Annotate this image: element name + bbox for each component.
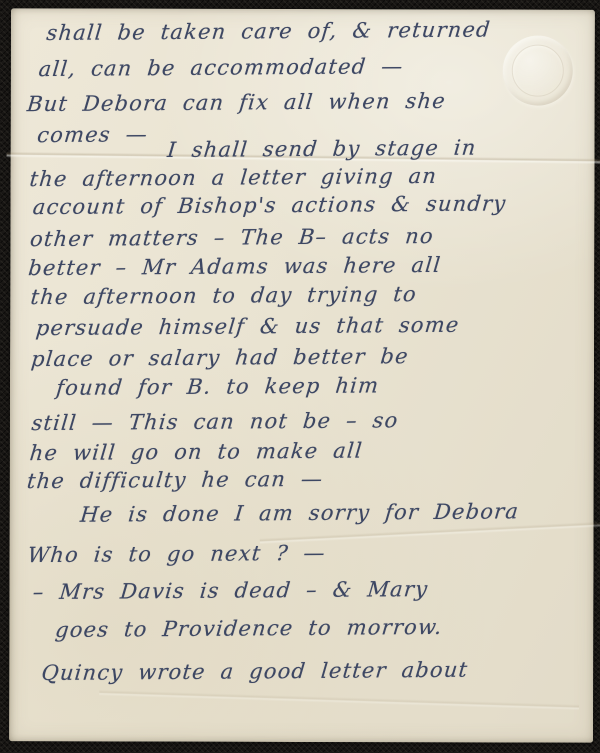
handwritten-line: better – Mr Adams was here all bbox=[27, 253, 442, 280]
handwritten-line: the afternoon a letter giving an bbox=[29, 164, 439, 191]
handwritten-line: He is done I am sorry for Debora bbox=[79, 499, 520, 526]
handwritten-text-block: shall be taken care of, & returned all, … bbox=[7, 7, 597, 745]
handwritten-line: the afternoon to day trying to bbox=[29, 282, 418, 309]
handwritten-line: found for B. to keep him bbox=[55, 373, 380, 400]
handwritten-line: – Mrs Davis is dead – & Mary bbox=[32, 577, 430, 604]
handwritten-line: other matters – The B– acts no bbox=[29, 224, 435, 251]
handwritten-line: I shall send by stage in bbox=[166, 136, 477, 162]
handwritten-line: all, can be accommodated — bbox=[38, 54, 405, 81]
handwritten-line: account of Bishop's actions & sundry bbox=[32, 191, 508, 219]
handwritten-line: still — This can not be – so bbox=[30, 408, 399, 435]
handwritten-line: comes — bbox=[36, 122, 149, 147]
handwritten-line: he will go on to make all bbox=[29, 439, 364, 466]
handwritten-line: shall be taken care of, & returned bbox=[45, 17, 492, 45]
letter-page: shall be taken care of, & returned all, … bbox=[9, 8, 595, 743]
handwritten-line: persuade himself & us that some bbox=[35, 313, 461, 340]
handwritten-line: place or salary had better be bbox=[30, 344, 410, 371]
handwritten-line: Who is to go next ? — bbox=[26, 541, 326, 567]
handwritten-line: the difficulty he can — bbox=[26, 467, 325, 493]
handwritten-line: goes to Providence to morrow. bbox=[54, 615, 444, 642]
handwritten-line: But Debora can fix all when she bbox=[26, 89, 447, 116]
handwritten-line: Quincy wrote a good letter about bbox=[40, 658, 469, 685]
